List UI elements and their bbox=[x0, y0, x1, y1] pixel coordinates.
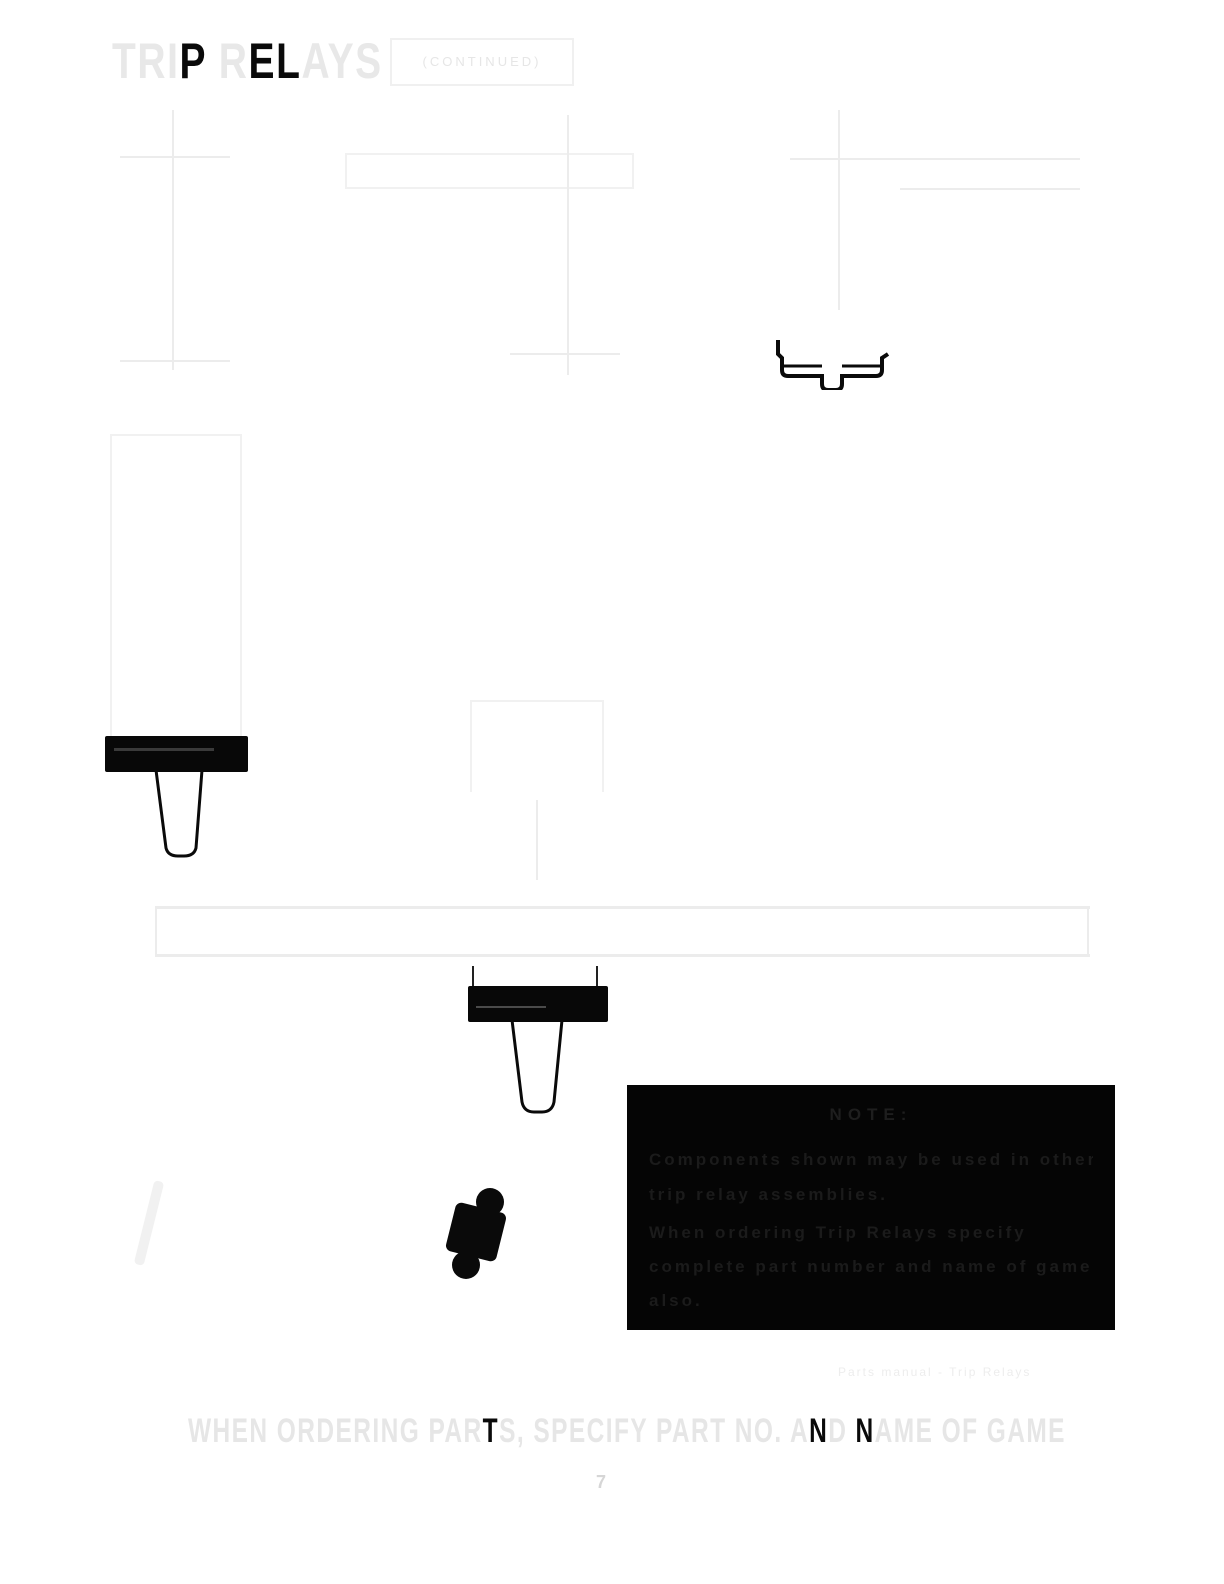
armature-stud-icon bbox=[440, 1185, 510, 1280]
wire-loop-icon bbox=[150, 770, 210, 860]
armature-bar bbox=[105, 736, 248, 772]
note-line: Components shown may be used in other bbox=[649, 1150, 1093, 1170]
footer-part: N bbox=[809, 1412, 828, 1450]
trip-relay-assembly-top-center bbox=[345, 115, 635, 385]
title-part: TRI bbox=[112, 33, 180, 89]
title-part: EL bbox=[249, 33, 302, 89]
trip-relay-rail bbox=[155, 900, 1090, 960]
trip-relay-assembly-top-right bbox=[770, 110, 1100, 390]
note-line: trip relay assemblies. bbox=[649, 1185, 1093, 1205]
footer-part: S, SPECIFY PART NO. A bbox=[499, 1412, 809, 1450]
note-line: When ordering Trip Relays specify bbox=[649, 1223, 1093, 1243]
note-box: NOTE: Components shown may be used in ot… bbox=[627, 1085, 1115, 1330]
page-title: TRIP RELAYS bbox=[112, 32, 383, 90]
page-number: 7 bbox=[596, 1472, 606, 1493]
note-title: NOTE: bbox=[627, 1105, 1115, 1125]
footer-part: D bbox=[828, 1412, 855, 1450]
coil-sleeve-pin bbox=[130, 1180, 170, 1270]
title-continued-box: (CONTINUED) bbox=[390, 38, 574, 86]
armature-bar bbox=[468, 986, 608, 1022]
bracket-foot-icon bbox=[770, 340, 910, 390]
footer-part: T bbox=[483, 1412, 499, 1450]
trip-relay-bracket-left bbox=[100, 420, 260, 870]
wire-loop-icon bbox=[506, 1020, 570, 1115]
title-part: P bbox=[180, 33, 207, 89]
note-line: also. bbox=[649, 1291, 1093, 1311]
trip-relay-assembly-top-left bbox=[110, 110, 250, 390]
reference-note: Parts manual - Trip Relays bbox=[838, 1365, 1031, 1379]
footer-part: N bbox=[856, 1412, 875, 1450]
footer-part: AME OF GAME bbox=[875, 1412, 1066, 1450]
title-part: AYS bbox=[301, 33, 382, 89]
footer-part: WHEN ORDERING PAR bbox=[188, 1412, 483, 1450]
note-line: complete part number and name of game bbox=[649, 1257, 1093, 1277]
ordering-instructions: WHEN ORDERING PARTS, SPECIFY PART NO. AN… bbox=[188, 1412, 1066, 1451]
title-part: R bbox=[206, 33, 248, 89]
trip-relay-assembly-center bbox=[470, 680, 610, 890]
trip-relay-bracket-center bbox=[462, 960, 622, 1120]
